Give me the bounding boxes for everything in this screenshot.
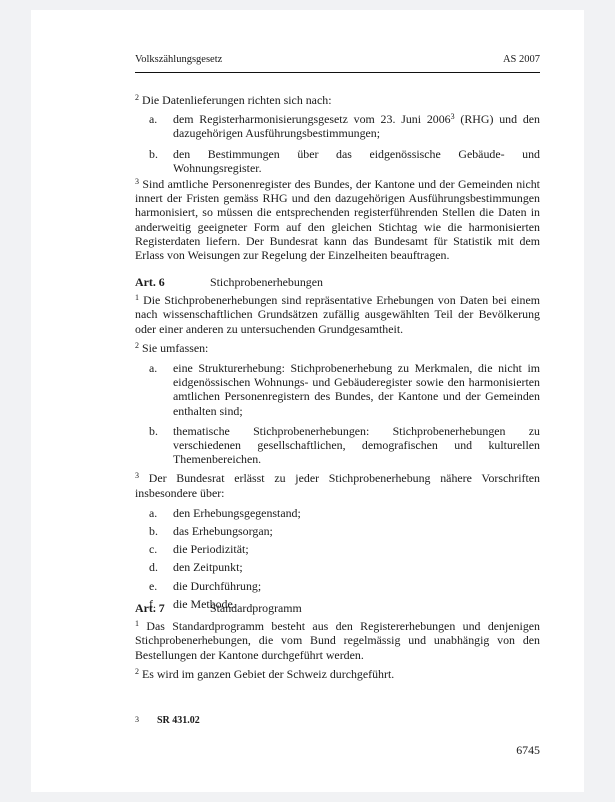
para-number: 1 [135,293,139,302]
para-2-data-deliveries: 2 Die Datenlieferungen richten sich nach… [135,93,540,175]
para-text: Der Bundesrat erlässt zu jeder Stichprob… [135,471,540,499]
footnote-text: SR 431.02 [157,715,200,726]
list-item: a. dem Registerharmonisierungsgesetz vom… [135,112,540,140]
delivery-sources-list: a. dem Registerharmonisierungsgesetz vom… [135,112,540,175]
page-number: 6745 [516,743,540,758]
regulation-topics-list: a.den Erhebungsgegenstand; b.das Erhebun… [135,506,540,611]
article-7: Art. 7 Standardprogramm 1 Das Standardpr… [135,601,540,681]
article-heading: Art. 6 Stichprobenerhebungen [135,275,540,289]
footnote: 3 SR 431.02 [135,715,200,726]
list-item: b.das Erhebungsorgan; [135,524,540,538]
article-heading: Art. 7 Standardprogramm [135,601,540,615]
law-title: Volkszählungsgesetz [135,54,222,65]
para-number: 3 [135,177,139,186]
para-text: Sind amtliche Personenregister des Bunde… [135,177,540,262]
para-text: Die Datenlieferungen richten sich nach: [142,93,332,107]
list-item: c.die Periodizität; [135,542,540,556]
survey-types-list: a. eine Strukturerhebung: Stichprobenerh… [135,361,540,466]
para-3-register-harmonisation: 3 Sind amtliche Personenregister des Bun… [135,177,540,262]
para-number: 2 [135,341,139,350]
para-text: Sie umfassen: [142,341,208,355]
para-number: 3 [135,471,139,480]
list-item: b. den Bestimmungen über das eidgenössis… [135,147,540,175]
para-number: 2 [135,93,139,102]
list-item: b. thematische Stichprobenerhebungen: St… [135,424,540,467]
list-item: a.den Erhebungsgegenstand; [135,506,540,520]
para-number: 2 [135,667,139,676]
list-item: a. eine Strukturerhebung: Stichprobenerh… [135,361,540,418]
para-number: 1 [135,619,139,628]
para-text: Die Stichprobenerhebungen sind repräsent… [135,293,540,335]
para-text: Es wird im ganzen Gebiet der Schweiz dur… [142,667,394,681]
para-text: Das Standardprogramm besteht aus den Reg… [135,619,540,661]
article-6: Art. 6 Stichprobenerhebungen 1 Die Stich… [135,275,540,611]
official-collection-ref: AS 2007 [503,54,540,65]
footnote-number: 3 [135,715,157,726]
document-page: Volkszählungsgesetz AS 2007 2 Die Datenl… [31,10,584,792]
page-header: Volkszählungsgesetz AS 2007 [135,54,540,73]
list-item: e.die Durchführung; [135,579,540,593]
list-item: d.den Zeitpunkt; [135,560,540,574]
